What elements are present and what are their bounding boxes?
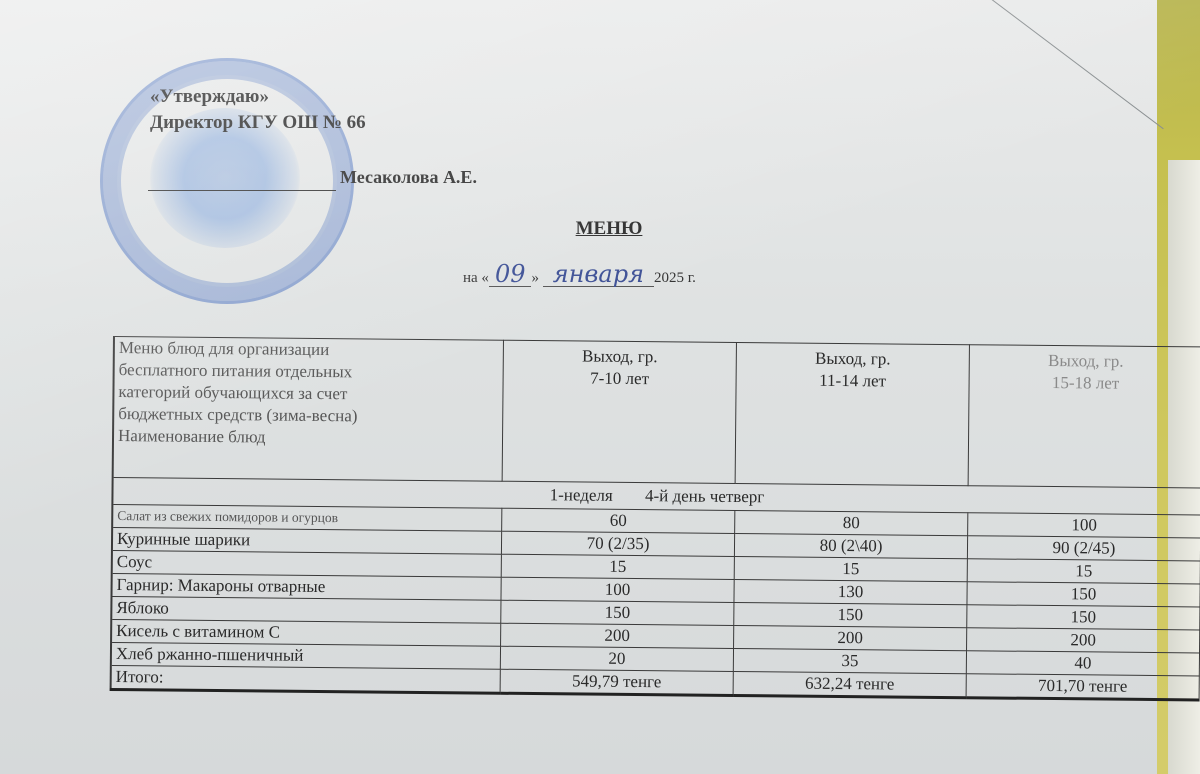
signatory-name: Месаколова А.Е. [340,167,477,188]
date-month: января [543,262,654,287]
week-label: 1-неделя [550,484,613,507]
menu-date: на «09» января2025 г. [463,262,696,287]
signature-line [148,190,336,191]
date-mid: » [531,270,539,286]
date-year: 2025 г. [654,270,696,286]
date-day: 09 [489,262,532,287]
date-prefix: на « [463,270,489,286]
header-age-15-18: Выход, гр. 15-18 лет [968,345,1200,488]
header-dish-name: Меню блюд для организации бесплатного пи… [113,337,504,482]
page-title: МЕНЮ [0,218,1200,240]
menu-table: Меню блюд для организации бесплатного пи… [110,336,1200,701]
approval-block: «Утверждаю» Директор КГУ ОШ № 66 [150,84,366,136]
frame-edge [979,0,1163,129]
table-header-row: Меню блюд для организации бесплатного пи… [113,337,1200,488]
director-title: Директор КГУ ОШ № 66 [150,110,366,136]
day-label: 4-й день четверг [645,485,764,508]
approve-label: «Утверждаю» [150,84,366,110]
header-age-7-10: Выход, гр. 7-10 лет [502,340,736,483]
header-age-11-14: Выход, гр. 11-14 лет [735,342,969,485]
